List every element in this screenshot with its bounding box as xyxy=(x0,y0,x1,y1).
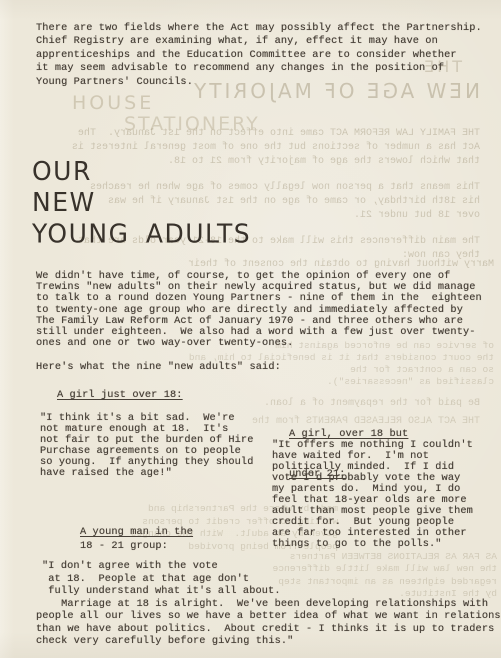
quote-young-man-full-width: Marriage at 18 is alright. We've been de… xyxy=(36,598,501,648)
intro-paragraph: There are two fields where the Act may p… xyxy=(36,22,482,89)
quote-girl-over-18: "I think it's a bit sad. We'renot mature… xyxy=(40,413,254,480)
quote-young-man-column: "I don't agree with the vote at 18. Peop… xyxy=(42,560,281,598)
heading-young-man-line1: A young man in the xyxy=(80,526,193,538)
quotes-lead-in-line: Here's what the nine "new adults" said: xyxy=(36,361,281,373)
bleedthrough-house-text: HOUSE xyxy=(72,92,154,114)
scanned-newsletter-page: THE NEW AGE OF MAJORITY HOUSE STATIONERY… xyxy=(0,0,501,658)
quote-girl-under-21: "It offers me nothing I couldn'thave wai… xyxy=(272,440,473,550)
body-paragraph: We didn't have time, of course, to get t… xyxy=(36,271,482,349)
page-title: OURNEWYOUNG ADULTS xyxy=(32,156,251,250)
heading-young-man-line2: 18 - 21 group: xyxy=(80,540,168,552)
heading-girl-over-18: A girl just over 18: xyxy=(57,389,183,401)
